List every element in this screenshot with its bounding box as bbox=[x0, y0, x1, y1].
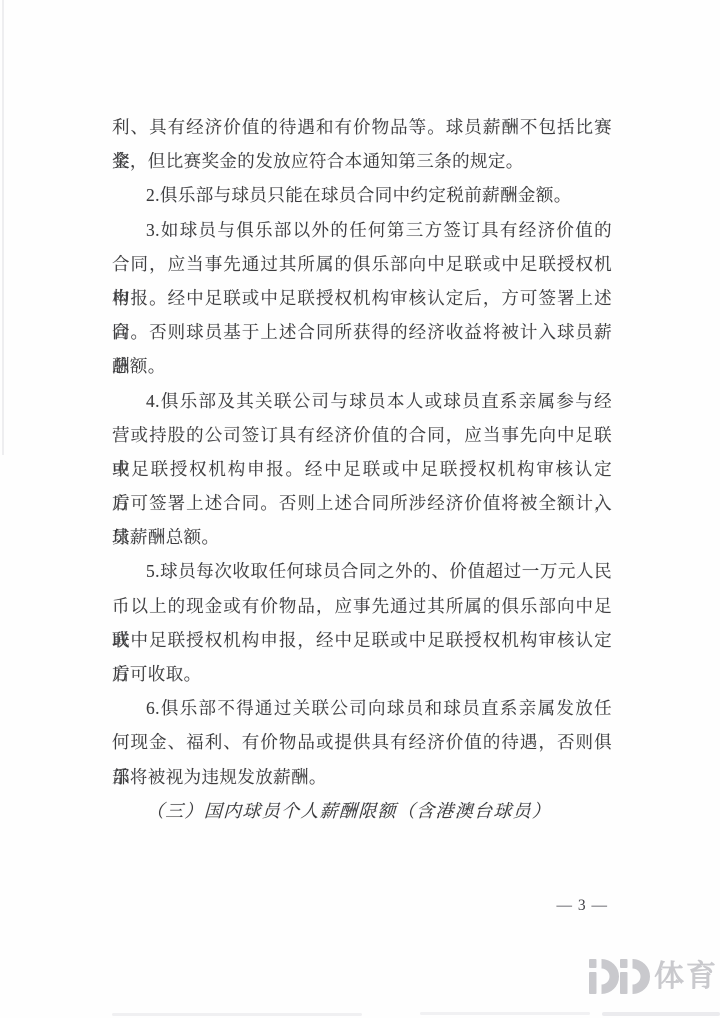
page-number: — 3 — bbox=[557, 897, 609, 915]
document-page: 利、具有经济价值的待遇和有价物品等。球员薪酬不包括比赛奖 金，但比赛奖金的发放应… bbox=[0, 0, 720, 1018]
text-line: 或中足联授权机构申报，经中足联或中足联授权机构审核认定后 bbox=[112, 623, 612, 657]
text-line: 5.球员每次收取任何球员合同之外的、价值超过一万元人民 bbox=[112, 554, 612, 588]
text-line: 同。否则球员基于上述合同所获得的经济收益将被计入球员薪酬 bbox=[112, 315, 612, 349]
watermark-brand-text: 体育 bbox=[654, 957, 718, 997]
text-line: 2.俱乐部与球员只能在球员合同中约定税前薪酬金额。 bbox=[112, 178, 612, 212]
scan-smudge-artifact bbox=[420, 1012, 590, 1015]
text-line: 方可收取。 bbox=[112, 657, 612, 691]
section-heading: （三）国内球员个人薪酬限额（含港澳台球员） bbox=[111, 794, 612, 828]
scan-smudge-artifact bbox=[112, 1013, 362, 1016]
text-line: 6.俱乐部不得通过关联公司向球员和球员直系亲属发放任 bbox=[112, 691, 612, 725]
text-line: 营或持股的公司签订具有经济价值的合同，应当事先向中足联或 bbox=[112, 418, 612, 452]
pp-sports-watermark: 体育 bbox=[589, 957, 718, 997]
text-line: 部将被视为违规发放薪酬。 bbox=[112, 760, 612, 794]
text-line: 总额。 bbox=[112, 349, 612, 383]
text-line: 何现金、福利、有价物品或提供具有经济价值的待遇，否则俱乐 bbox=[112, 725, 612, 759]
text-line: 3.如球员与俱乐部以外的任何第三方签订具有经济价值的 bbox=[112, 213, 612, 247]
text-line: 中足联授权机构申报。经中足联或中足联授权机构审核认定后， bbox=[112, 452, 612, 486]
text-line: 金，但比赛奖金的发放应符合本通知第三条的规定。 bbox=[112, 144, 612, 178]
text-line: 员薪酬总额。 bbox=[112, 520, 612, 554]
text-line: 合同，应当事先通过其所属的俱乐部向中足联或中足联授权机构 bbox=[112, 247, 612, 281]
scan-smudge-artifact bbox=[602, 1012, 720, 1016]
text-line: 4.俱乐部及其关联公司与球员本人或球员直系亲属参与经 bbox=[112, 384, 612, 418]
text-line: 申报。经中足联或中足联授权机构审核认定后，方可签署上述合 bbox=[112, 281, 612, 315]
pp-sports-logo-icon bbox=[589, 957, 651, 997]
scan-edge-artifact bbox=[2, 0, 4, 455]
document-body-text: 利、具有经济价值的待遇和有价物品等。球员薪酬不包括比赛奖 金，但比赛奖金的发放应… bbox=[112, 110, 612, 828]
text-line: 方可签署上述合同。否则上述合同所涉经济价值将被全额计入球 bbox=[112, 486, 612, 520]
text-line: 利、具有经济价值的待遇和有价物品等。球员薪酬不包括比赛奖 bbox=[112, 110, 612, 144]
text-line: 币以上的现金或有价物品，应事先通过其所属的俱乐部向中足联 bbox=[112, 589, 612, 623]
